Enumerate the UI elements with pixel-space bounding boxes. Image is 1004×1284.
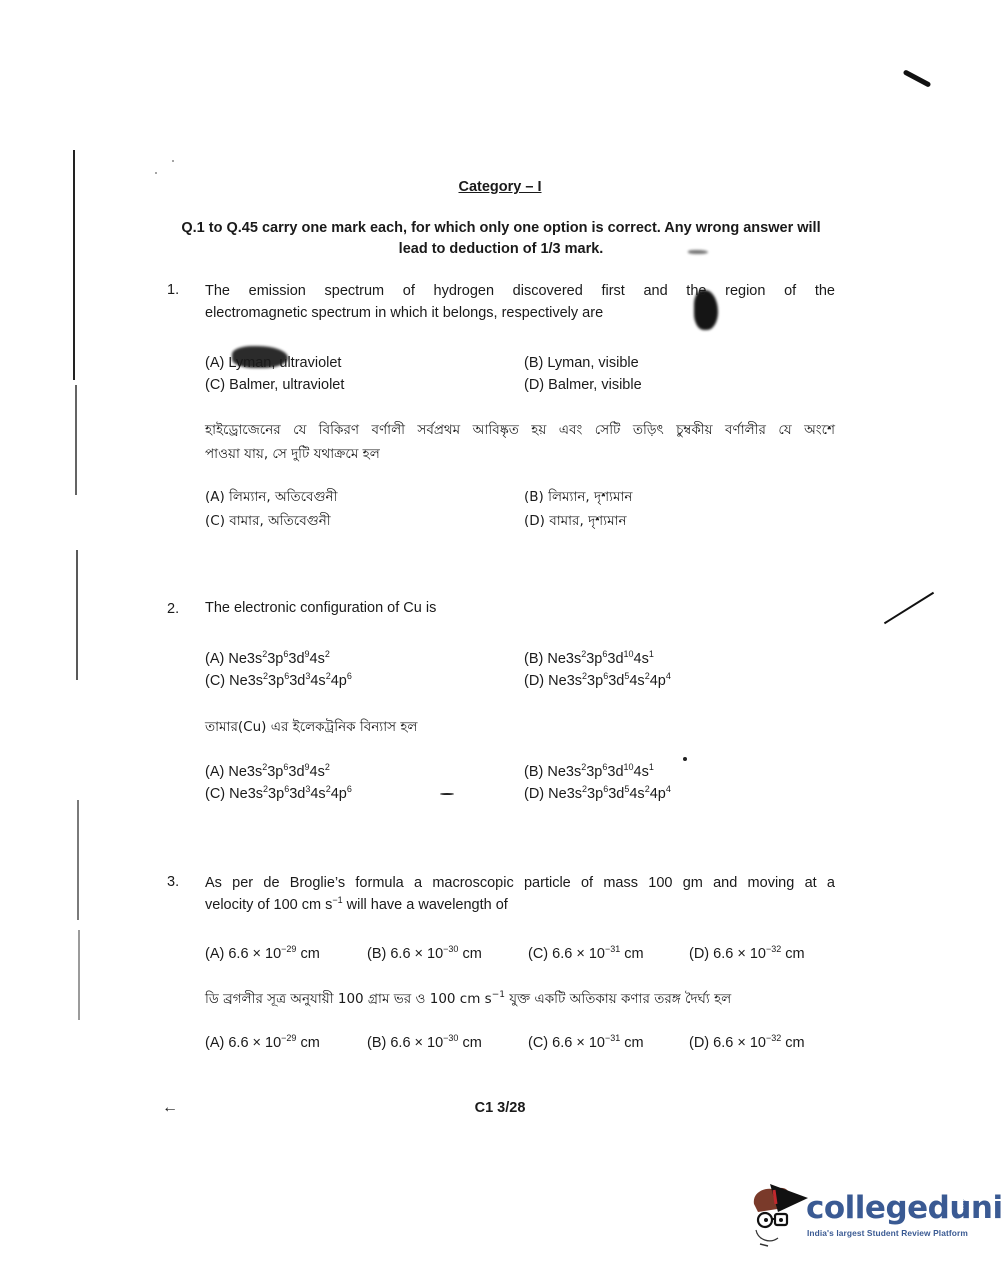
question-3-line-2: velocity of 100 cm s−1 will have a wavel… xyxy=(205,894,835,916)
option-a[interactable]: (A) Lyman, ultraviolet xyxy=(205,355,341,371)
option-b[interactable]: (B) Ne3s23p63d104s1 xyxy=(524,651,654,667)
category-title: Category – I xyxy=(0,179,1000,195)
question-number: 1. xyxy=(167,282,179,298)
option-c-bn[interactable]: (C) 6.6 × 10−31 cm xyxy=(528,1035,644,1051)
question-1-bn-line-1: হাইড্রোজেনের যে বিকিরণ বর্ণালী সর্বপ্রথম… xyxy=(205,418,835,442)
option-b[interactable]: (B) Lyman, visible xyxy=(524,355,639,371)
scan-speck xyxy=(683,757,687,761)
question-3-text-en: As per de Broglie’s formula a macroscopi… xyxy=(205,872,835,916)
question-1-line-1: The emission spectrum of hydrogen discov… xyxy=(205,280,835,302)
option-a[interactable]: (A) Ne3s23p63d94s2 xyxy=(205,651,330,667)
option-d-bn[interactable]: (D) 6.6 × 10−32 cm xyxy=(689,1035,805,1051)
instructions: Q.1 to Q.45 carry one mark each, for whi… xyxy=(168,218,834,260)
page-number: C1 3/28 xyxy=(0,1100,1000,1116)
option-d-bn[interactable]: (D) বামার, দৃশ্যমান xyxy=(524,510,627,533)
option-b-bn[interactable]: (B) Ne3s23p63d104s1 xyxy=(524,764,654,780)
option-b-bn[interactable]: (B) লিম্যান, দৃশ্যমান xyxy=(524,486,632,509)
scan-mark-top-right xyxy=(903,69,932,87)
scan-mark-pen-stroke xyxy=(884,592,934,624)
scan-margin-line xyxy=(77,800,79,920)
option-c-bn[interactable]: (C) বামার, অতিবেগুনী xyxy=(205,510,331,533)
option-c[interactable]: (C) 6.6 × 10−31 cm xyxy=(528,946,644,962)
scan-margin-line xyxy=(78,930,80,1020)
question-2-text-bn: তামার(Cu) এর ইলেকট্রনিক বিন্যাস হল xyxy=(205,716,418,739)
option-b[interactable]: (B) 6.6 × 10−30 cm xyxy=(367,946,482,962)
scan-margin-line xyxy=(76,550,78,680)
mascot-icon xyxy=(748,1182,810,1252)
option-d-bn[interactable]: (D) Ne3s23p63d54s24p4 xyxy=(524,786,671,802)
option-a-bn[interactable]: (A) 6.6 × 10−29 cm xyxy=(205,1035,320,1051)
question-number: 3. xyxy=(167,874,179,890)
question-1-text-en: The emission spectrum of hydrogen discov… xyxy=(205,280,835,324)
brand-domain-suffix: .com xyxy=(961,1199,967,1210)
question-1-text-bn: হাইড্রোজেনের যে বিকিরণ বর্ণালী সর্বপ্রথম… xyxy=(205,418,835,466)
question-2-text-en: The electronic configuration of Cu is xyxy=(205,600,436,616)
collegedunia-logo[interactable]: collegedunia .com India's largest Studen… xyxy=(748,1182,978,1252)
question-3-text-bn: ডি ব্রগলীর সূত্র অনুযায়ী 100 গ্রাম ভর ও… xyxy=(205,988,731,1011)
option-b-bn[interactable]: (B) 6.6 × 10−30 cm xyxy=(367,1035,482,1051)
option-a-bn[interactable]: (A) লিম্যান, অতিবেগুনী xyxy=(205,486,337,509)
brand-tagline: India's largest Student Review Platform xyxy=(807,1228,968,1238)
option-c[interactable]: (C) Balmer, ultraviolet xyxy=(205,377,344,393)
scan-speck xyxy=(440,793,454,795)
option-a[interactable]: (A) 6.6 × 10−29 cm xyxy=(205,946,320,962)
instructions-line-2: lead to deduction of 1/3 mark. xyxy=(168,239,834,260)
instructions-line-1: Q.1 to Q.45 carry one mark each, for whi… xyxy=(168,218,834,239)
option-d[interactable]: (D) Ne3s23p63d54s24p4 xyxy=(524,673,671,689)
question-1-bn-line-2: পাওয়া যায়, সে দুটি যথাক্রমে হল xyxy=(205,442,835,466)
option-a-bn[interactable]: (A) Ne3s23p63d94s2 xyxy=(205,764,330,780)
scan-margin-line xyxy=(75,385,77,495)
question-1-line-2: electromagnetic spectrum in which it bel… xyxy=(205,302,835,324)
option-d[interactable]: (D) 6.6 × 10−32 cm xyxy=(689,946,805,962)
scan-speck xyxy=(172,160,174,162)
option-c-bn[interactable]: (C) Ne3s23p63d34s24p6 xyxy=(205,786,352,802)
option-c[interactable]: (C) Ne3s23p63d34s24p6 xyxy=(205,673,352,689)
option-d[interactable]: (D) Balmer, visible xyxy=(524,377,642,393)
scan-speck xyxy=(155,172,157,174)
question-number: 2. xyxy=(167,601,179,617)
brand-name: collegedunia xyxy=(806,1190,1004,1226)
question-3-line-1: As per de Broglie’s formula a macroscopi… xyxy=(205,872,835,894)
